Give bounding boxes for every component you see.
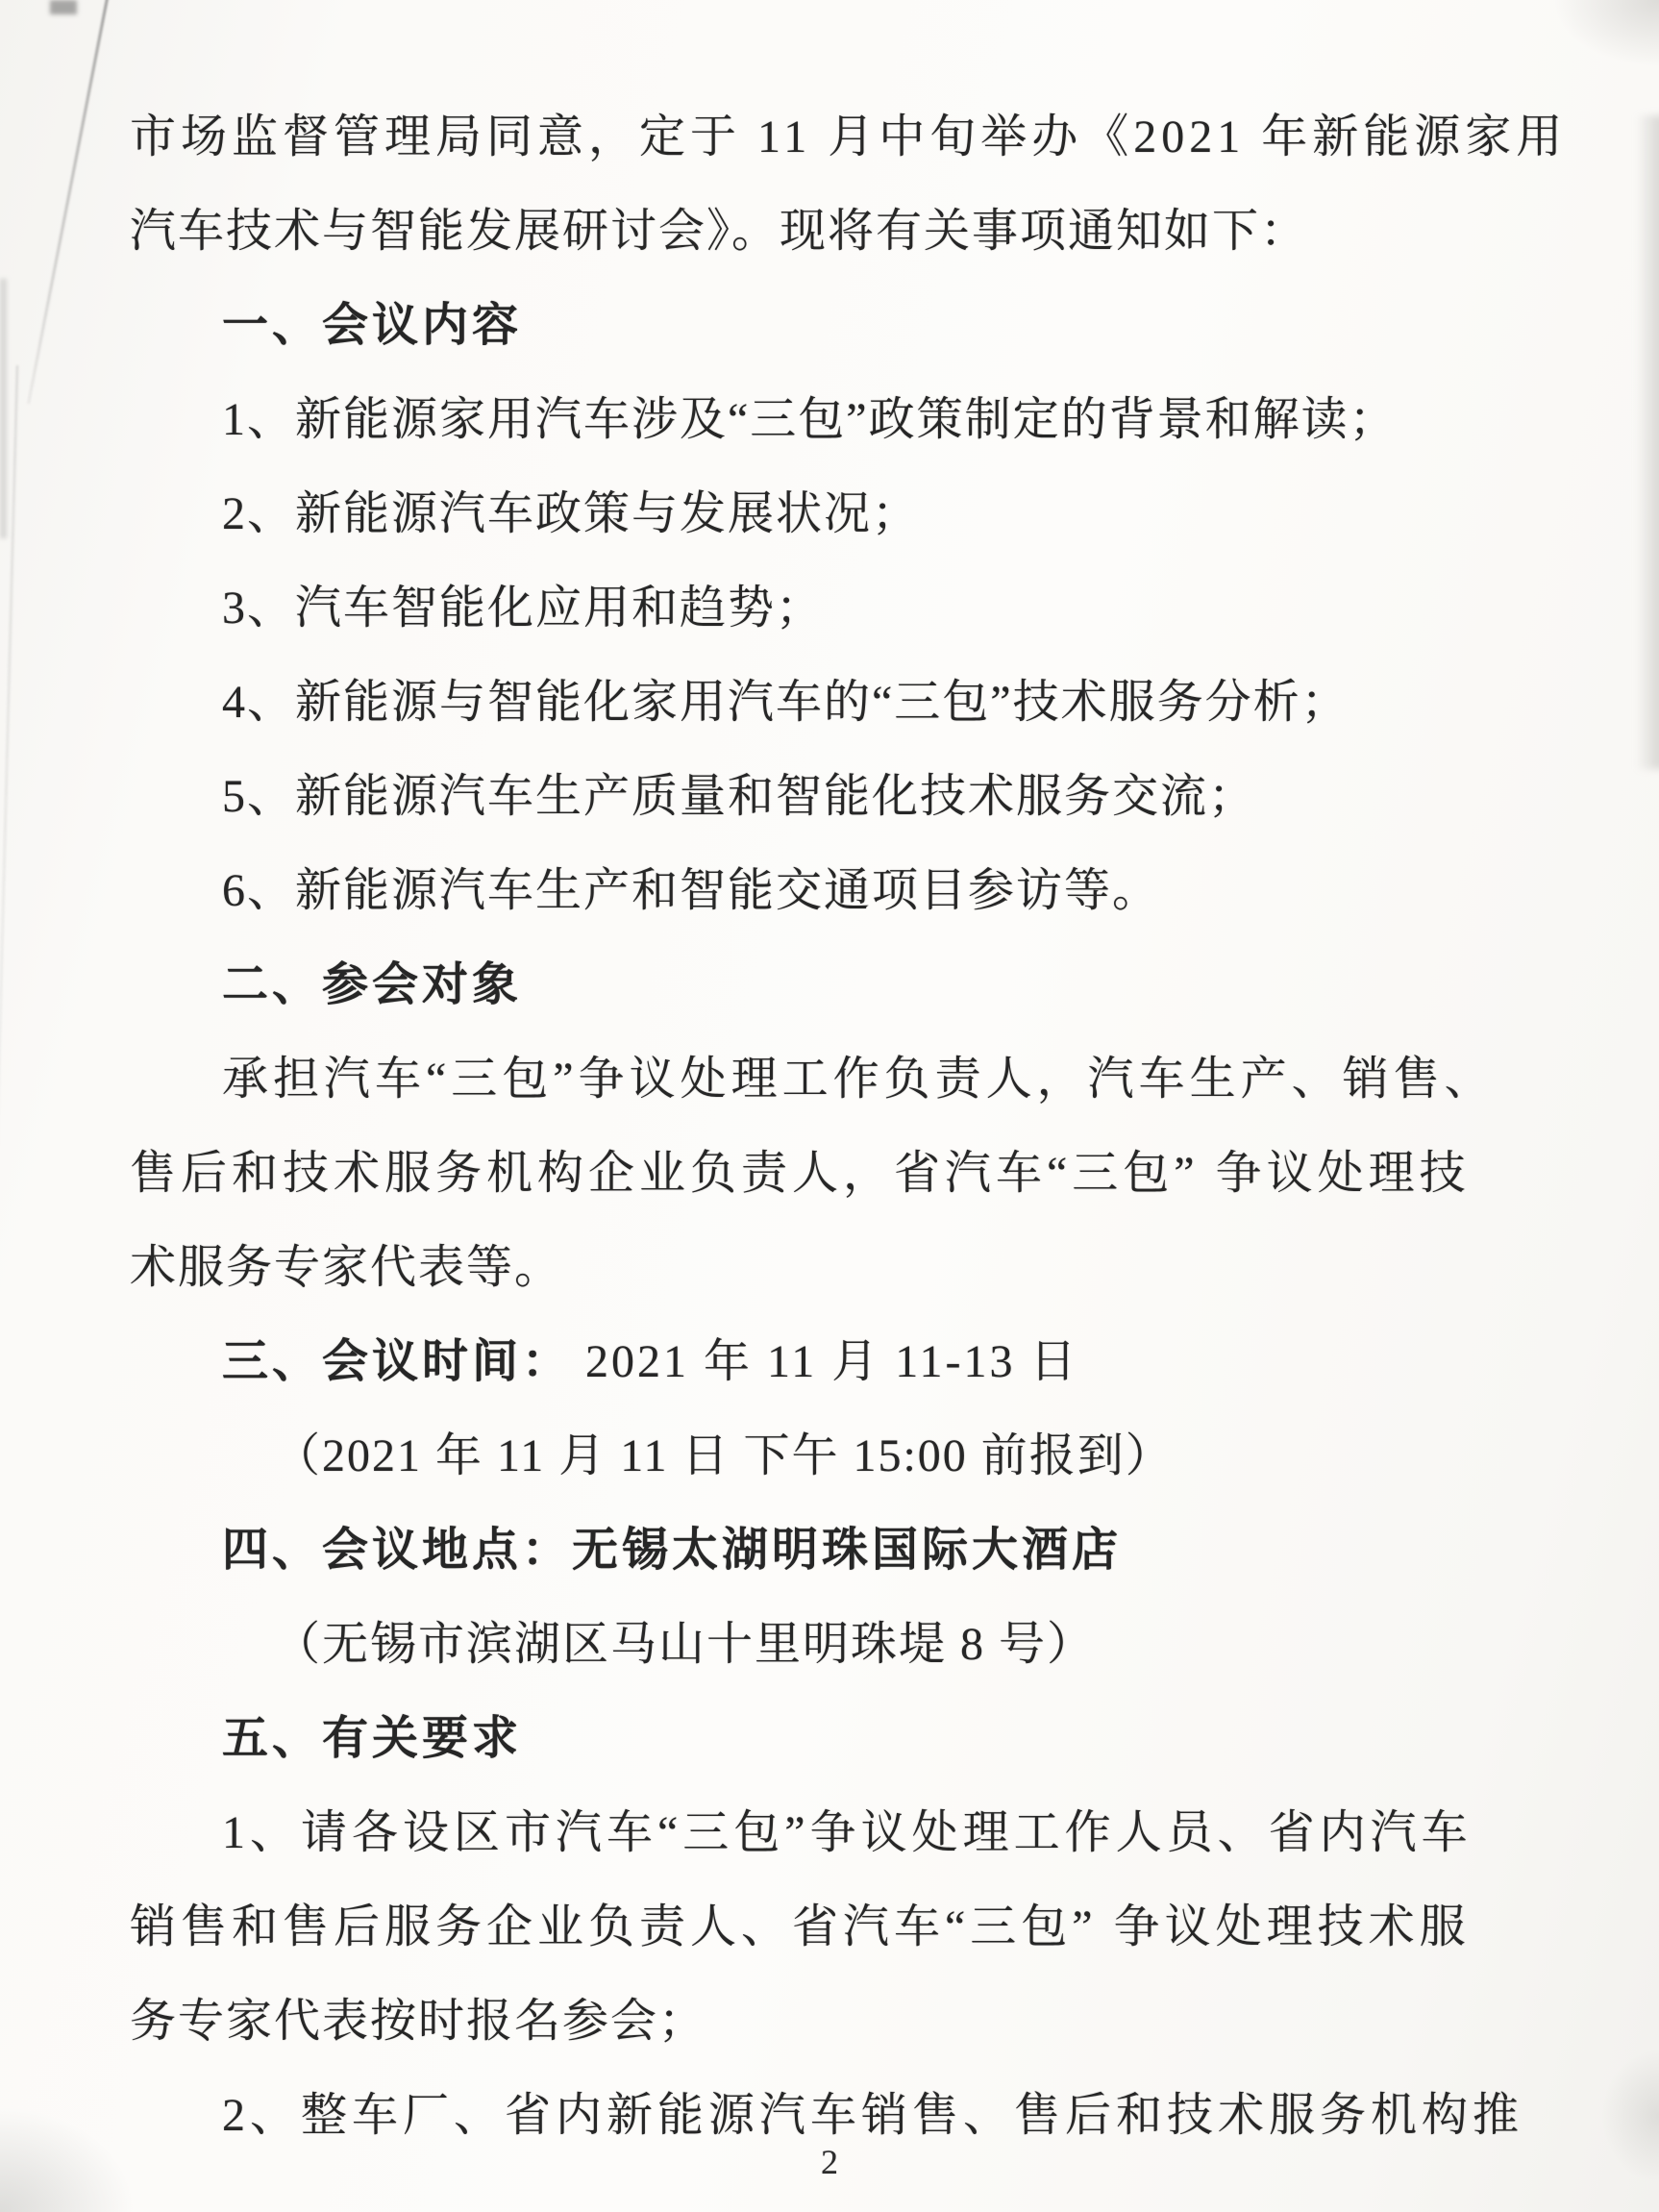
agenda-item-2: 2、新能源汽车政策与发展状况； [130,467,1529,561]
document-body: 市场监督管理局同意，定于 11 月中旬举办《2021 年新能源家用 汽车技术与智… [0,0,1659,2163]
page-number: 2 [0,2138,1659,2186]
agenda-item-6: 6、新能源汽车生产和智能交通项目参访等。 [130,844,1529,938]
checkin-note-line: （2021 年 11 月 11 日 下午 15:00 前报到） [130,1409,1529,1504]
participants-line-3: 术服务专家代表等。 [130,1221,1529,1315]
section5-heading: 五、有关要求 [130,1692,1529,1786]
intro-line-1: 市场监督管理局同意，定于 11 月中旬举办《2021 年新能源家用 [130,90,1529,185]
section3-heading-label: 三、会议时间： [222,1336,572,1387]
requirement1-line-2: 销售和售后服务企业负责人、省汽车“三包” 争议处理技术服 [130,1880,1529,1975]
participants-line-1: 承担汽车“三包”争议处理工作负责人，汽车生产、销售、 [130,1032,1529,1127]
agenda-item-3: 3、汽车智能化应用和趋势； [130,561,1529,656]
section1-heading: 一、会议内容 [130,279,1529,373]
meeting-date-value: 2021 年 11 月 11-13 日 [585,1336,1078,1387]
agenda-item-4: 4、新能源与智能化家用汽车的“三包”技术服务分析； [130,656,1529,750]
scanned-document-page: 市场监督管理局同意，定于 11 月中旬举办《2021 年新能源家用 汽车技术与智… [0,0,1659,2212]
section4-venue-line: 四、会议地点：无锡太湖明珠国际大酒店 [130,1504,1529,1598]
participants-line-2: 售后和技术服务机构企业负责人，省汽车“三包” 争议处理技 [130,1127,1529,1221]
section3-time-line: 三、会议时间： 2021 年 11 月 11-13 日 [130,1315,1529,1409]
agenda-item-1: 1、新能源家用汽车涉及“三包”政策制定的背景和解读； [130,373,1529,467]
agenda-item-5: 5、新能源汽车生产质量和智能化技术服务交流； [130,750,1529,844]
venue-address-line: （无锡市滨湖区马山十里明珠堤 8 号） [130,1598,1529,1692]
intro-line-2: 汽车技术与智能发展研讨会》。现将有关事项通知如下： [130,185,1529,279]
requirement1-line-1: 1、请各设区市汽车“三包”争议处理工作人员、省内汽车 [130,1786,1529,1880]
requirement1-line-3: 务专家代表按时报名参会； [130,1975,1529,2069]
section2-heading: 二、参会对象 [130,938,1529,1032]
